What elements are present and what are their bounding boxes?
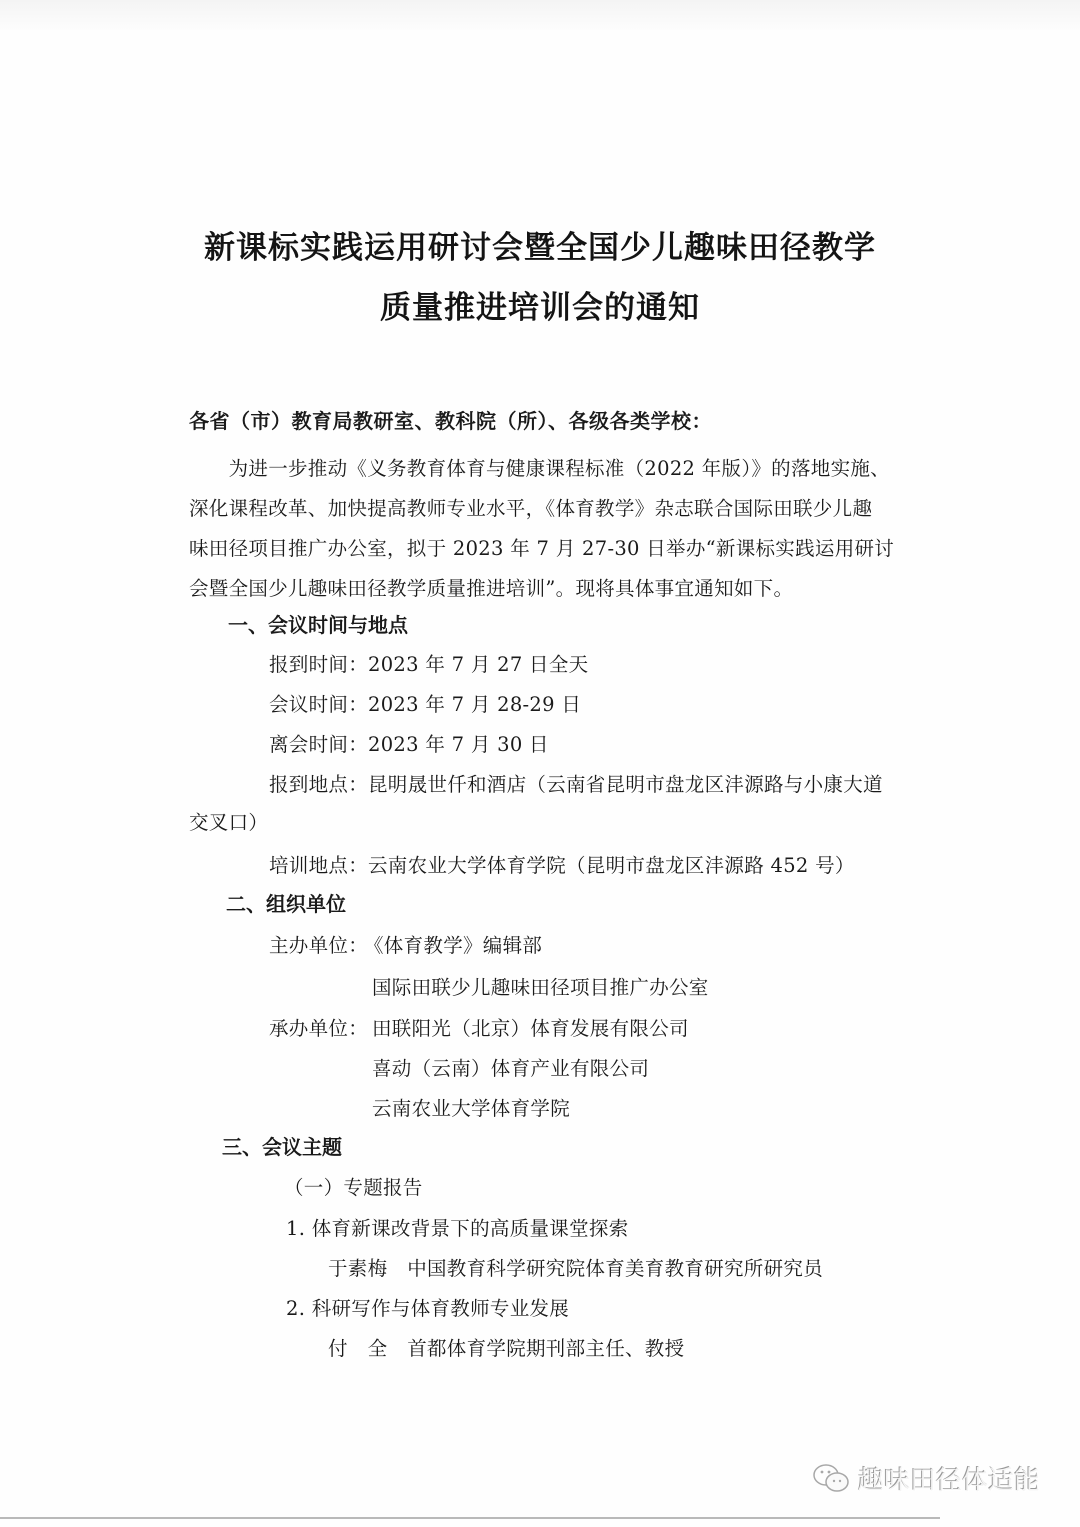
intro-line: 会暨全国少儿趣味田径教学质量推进培训”。现将具体事宜通知如下。 xyxy=(189,569,909,609)
organizer-label: 承办单位： xyxy=(269,1013,368,1041)
host-1: 《体育教学》编辑部 xyxy=(364,930,542,958)
sub-heading-reports: （一）专题报告 xyxy=(284,1172,423,1200)
document-page: 新课标实践运用研讨会暨全国少儿趣味田径教学 质量推进培训会的通知 各省（市）教育… xyxy=(0,0,1080,1527)
organizer-2: 喜动（云南）体育产业有限公司 xyxy=(372,1053,649,1081)
meeting-time: 会议时间：2023 年 7 月 28-29 日 xyxy=(269,689,581,717)
section3-heading: 三、会议主题 xyxy=(222,1131,342,1160)
checkin-time: 报到时间：2023 年 7 月 27 日全天 xyxy=(269,649,588,677)
checkin-location: 报到地点：昆明晟世仟和酒店（云南省昆明市盘龙区沣源路与小康大道 xyxy=(269,769,883,797)
intro-paragraph: 为进一步推动《义务教育体育与健康课程标准（2022 年版）》的落地实施、 深化课… xyxy=(189,449,909,609)
host-2: 国际田联少儿趣味田径项目推广办公室 xyxy=(372,972,709,1000)
document-title-line2: 质量推进培训会的通知 xyxy=(0,282,1080,327)
organizer-1: 田联阳光（北京）体育发展有限公司 xyxy=(372,1013,689,1041)
watermark-text: 趣味田径体适能 xyxy=(858,1460,1040,1497)
intro-line: 为进一步推动《义务教育体育与健康课程标准（2022 年版）》的落地实施、 xyxy=(189,449,909,489)
document-title-line1: 新课标实践运用研讨会暨全国少儿趣味田径教学 xyxy=(0,222,1080,267)
report-2-title: 2. 科研写作与体育教师专业发展 xyxy=(286,1293,569,1321)
checkin-location-wrap: 交叉口） xyxy=(189,807,268,835)
watermark: 趣味田径体适能 xyxy=(812,1460,1040,1497)
section2-heading: 二、组织单位 xyxy=(226,888,346,917)
salutation: 各省（市）教育局教研室、教科院（所）、各级各类学校： xyxy=(189,405,712,434)
organizer-3: 云南农业大学体育学院 xyxy=(372,1093,570,1121)
departure-time: 离会时间：2023 年 7 月 30 日 xyxy=(269,729,549,757)
training-location: 培训地点：云南农业大学体育学院（昆明市盘龙区沣源路 452 号） xyxy=(269,850,855,878)
intro-line: 深化课程改革、加快提高教师专业水平，《体育教学》杂志联合国际田联少儿趣 xyxy=(189,489,909,529)
report-2-speaker: 付 全 首都体育学院期刊部主任、教授 xyxy=(328,1333,684,1361)
scan-edge-top xyxy=(0,0,1080,30)
report-1-title: 1. 体育新课改背景下的高质量课堂探索 xyxy=(286,1213,629,1241)
scan-edge-bottom xyxy=(0,1517,940,1519)
report-1-speaker: 于素梅 中国教育科学研究院体育美育教育研究所研究员 xyxy=(328,1253,823,1281)
host-label: 主办单位： xyxy=(269,930,368,958)
section1-heading: 一、会议时间与地点 xyxy=(228,609,408,638)
wechat-icon xyxy=(812,1462,852,1496)
intro-line: 味田径项目推广办公室，拟于 2023 年 7 月 27-30 日举办“新课标实践… xyxy=(189,529,909,569)
